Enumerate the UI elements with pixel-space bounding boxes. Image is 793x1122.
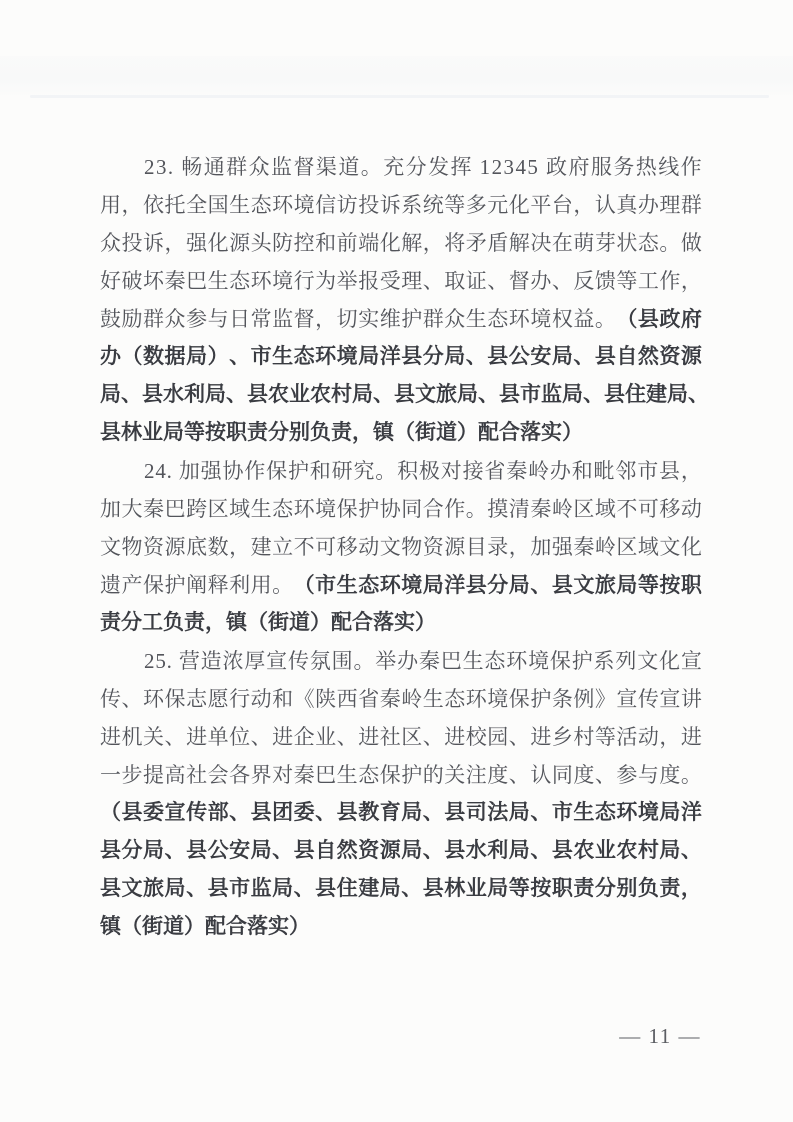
text-line: 23. 畅通群众监督渠道。充分发挥 12345 政府服务热线作	[100, 148, 702, 186]
paragraph-24: 24. 加强协作保护和研究。积极对接省秦岭办和毗邻市县，加大秦巴跨区域生态环境保…	[100, 452, 702, 642]
scan-artifact-line	[30, 95, 769, 98]
paragraph-25: 25. 营造浓厚宣传氛围。举办秦巴生态环境保护系列文化宣传、环保志愿行动和《陕西…	[100, 642, 702, 946]
text-line: 24. 加强协作保护和研究。积极对接省秦岭办和毗邻市县，	[100, 452, 702, 490]
text-line: （县委宣传部、县团委、县教育局、县司法局、市生态环境局洋	[100, 794, 702, 832]
text-line: 众投诉，强化源头防控和前端化解，将矛盾解决在萌芽状态。做	[100, 224, 702, 262]
text-line: 加大秦巴跨区域生态环境保护协同合作。摸清秦岭区域不可移动	[100, 490, 702, 528]
text-line: 传、环保志愿行动和《陕西省秦岭生态环境保护条例》宣传宣讲	[100, 680, 702, 718]
text-line: 责分工负责，镇（街道）配合落实）	[100, 604, 702, 642]
text-line: 用，依托全国生态环境信访投诉系统等多元化平台，认真办理群	[100, 186, 702, 224]
text-line: 遗产保护阐释利用。（市生态环境局洋县分局、县文旅局等按职	[100, 566, 702, 604]
text-line: 文物资源底数，建立不可移动文物资源目录，加强秦岭区域文化	[100, 528, 702, 566]
text-line: 办（数据局）、市生态环境局洋县分局、县公安局、县自然资源	[100, 338, 702, 376]
text-line: 25. 营造浓厚宣传氛围。举办秦巴生态环境保护系列文化宣	[100, 642, 702, 680]
scanned-document-page: 23. 畅通群众监督渠道。充分发挥 12345 政府服务热线作用，依托全国生态环…	[0, 0, 793, 1122]
paragraph-23: 23. 畅通群众监督渠道。充分发挥 12345 政府服务热线作用，依托全国生态环…	[100, 148, 702, 452]
page-number: — 11 —	[619, 1024, 701, 1049]
text-line: 一步提高社会各界对秦巴生态保护的关注度、认同度、参与度。	[100, 756, 702, 794]
document-body: 23. 畅通群众监督渠道。充分发挥 12345 政府服务热线作用，依托全国生态环…	[100, 148, 702, 946]
text-line: 镇（街道）配合落实）	[100, 908, 702, 946]
text-line: 鼓励群众参与日常监督，切实维护群众生态环境权益。（县政府	[100, 300, 702, 338]
text-line: 县林业局等按职责分别负责，镇（街道）配合落实）	[100, 414, 702, 452]
text-line: 县文旅局、县市监局、县住建局、县林业局等按职责分别负责，	[100, 870, 702, 908]
text-line: 县分局、县公安局、县自然资源局、县水利局、县农业农村局、	[100, 832, 702, 870]
text-line: 进机关、进单位、进企业、进社区、进校园、进乡村等活动，进	[100, 718, 702, 756]
text-line: 局、县水利局、县农业农村局、县文旅局、县市监局、县住建局、	[100, 376, 702, 414]
text-line: 好破坏秦巴生态环境行为举报受理、取证、督办、反馈等工作，	[100, 262, 702, 300]
scan-artifact-shade	[0, 56, 793, 98]
